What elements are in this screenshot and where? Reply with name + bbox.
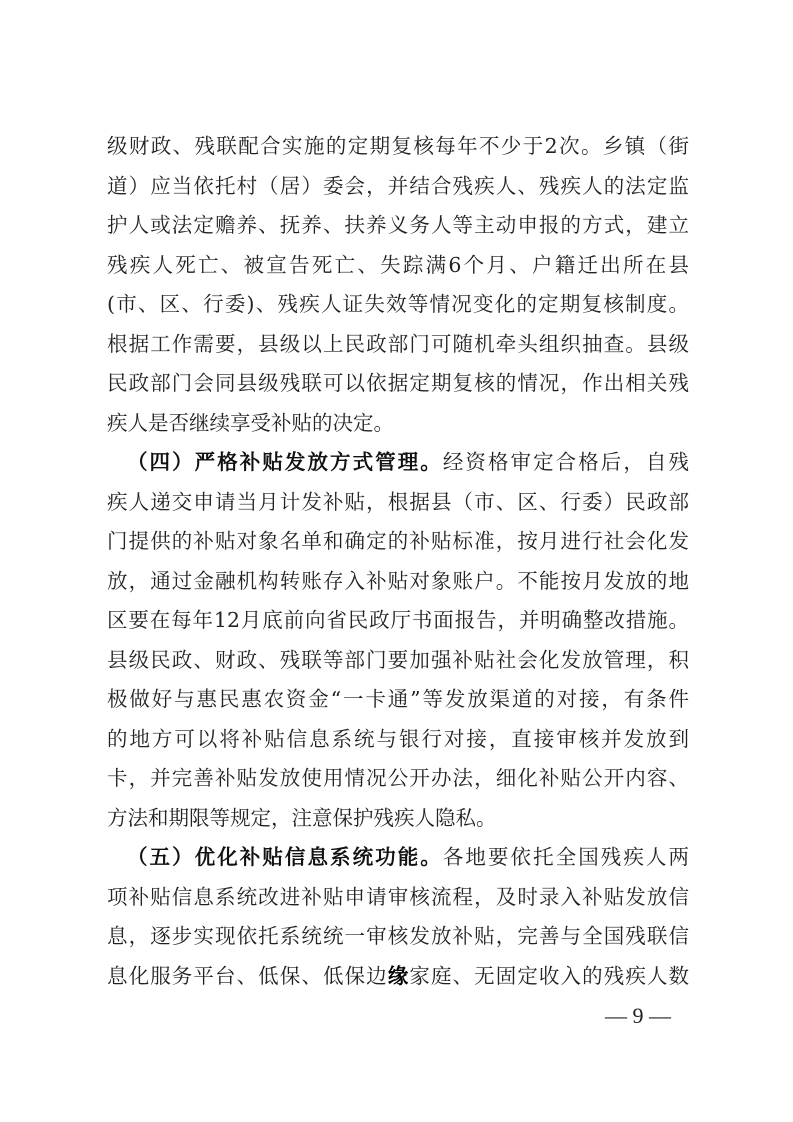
text-line: 护人或法定赡养、抚养、扶养义务人等主动申报的方式，建立 bbox=[107, 206, 689, 246]
text-line: 疾人递交申请当月计发补贴，根据县（市、区、行委）民政部 bbox=[107, 483, 689, 523]
text-line: 县级民政、财政、残联等部门要加强补贴社会化发放管理，积 bbox=[107, 641, 689, 681]
section-5-heading: （五）优化补贴信息系统功能。 bbox=[127, 845, 443, 869]
text-line: 卡，并完善补贴发放使用情况公开办法，细化补贴公开内容、 bbox=[107, 759, 689, 799]
text-line: 方法和期限等规定，注意保护残疾人隐私。 bbox=[107, 799, 689, 839]
text-line: 道）应当依托村（居）委会，并结合残疾人、残疾人的法定监 bbox=[107, 167, 689, 207]
section-5-last-line: 息化服务平台、低保、低保边缘家庭、无固定收入的残疾人数 bbox=[107, 957, 689, 997]
text-line: 项补贴信息系统改进补贴申请审核流程，及时录入补贴发放信 bbox=[107, 878, 689, 918]
text-line: 息，逐步实现依托系统统一审核发放补贴，完善与全国残联信 bbox=[107, 917, 689, 957]
text-line: 极做好与惠民惠农资金“一卡通”等发放渠道的对接，有条件 bbox=[107, 680, 689, 720]
text-line: 根据工作需要，县级以上民政部门可随机牵头组织抽查。县级 bbox=[107, 325, 689, 365]
text-segment: 家庭、无固定收入的残疾人数 bbox=[409, 964, 689, 988]
section-4-first-line: （四）严格补贴发放方式管理。经资格审定合格后，自残 bbox=[107, 443, 689, 483]
text-segment: 息化服务平台、低保、低保边 bbox=[107, 964, 388, 988]
emphasized-char: 缘 bbox=[388, 964, 410, 988]
text-line: 的地方可以将补贴信息系统与银行对接，直接审核并发放到 bbox=[107, 720, 689, 760]
section-5-first-line-text: 各地要依托全国残疾人两 bbox=[443, 845, 689, 869]
section-4-first-line-text: 经资格审定合格后，自残 bbox=[443, 450, 689, 474]
text-line: 区要在每年12月底前向省民政厅书面报告，并明确整改措施。 bbox=[107, 601, 689, 641]
text-line: 级财政、残联配合实施的定期复核每年不少于2次。乡镇（街 bbox=[107, 127, 689, 167]
document-page: 级财政、残联配合实施的定期复核每年不少于2次。乡镇（街 道）应当依托村（居）委会… bbox=[0, 0, 793, 1122]
section-5-first-line: （五）优化补贴信息系统功能。各地要依托全国残疾人两 bbox=[107, 838, 689, 878]
text-line: 残疾人死亡、被宣告死亡、失踪满6个月、户籍迁出所在县 bbox=[107, 246, 689, 286]
text-line: 民政部门会同县级残联可以依据定期复核的情况，作出相关残 bbox=[107, 364, 689, 404]
page-number: — 9 — bbox=[598, 1003, 678, 1029]
section-4-heading: （四）严格补贴发放方式管理。 bbox=[127, 450, 443, 474]
text-line: 门提供的补贴对象名单和确定的补贴标准，按月进行社会化发 bbox=[107, 522, 689, 562]
text-line: (市、区、行委)、残疾人证失效等情况变化的定期复核制度。 bbox=[107, 285, 689, 325]
text-line: 放，通过金融机构转账存入补贴对象账户。不能按月发放的地 bbox=[107, 562, 689, 602]
body-text: 级财政、残联配合实施的定期复核每年不少于2次。乡镇（街 道）应当依托村（居）委会… bbox=[107, 127, 689, 996]
text-line: 疾人是否继续享受补贴的决定。 bbox=[107, 404, 689, 444]
